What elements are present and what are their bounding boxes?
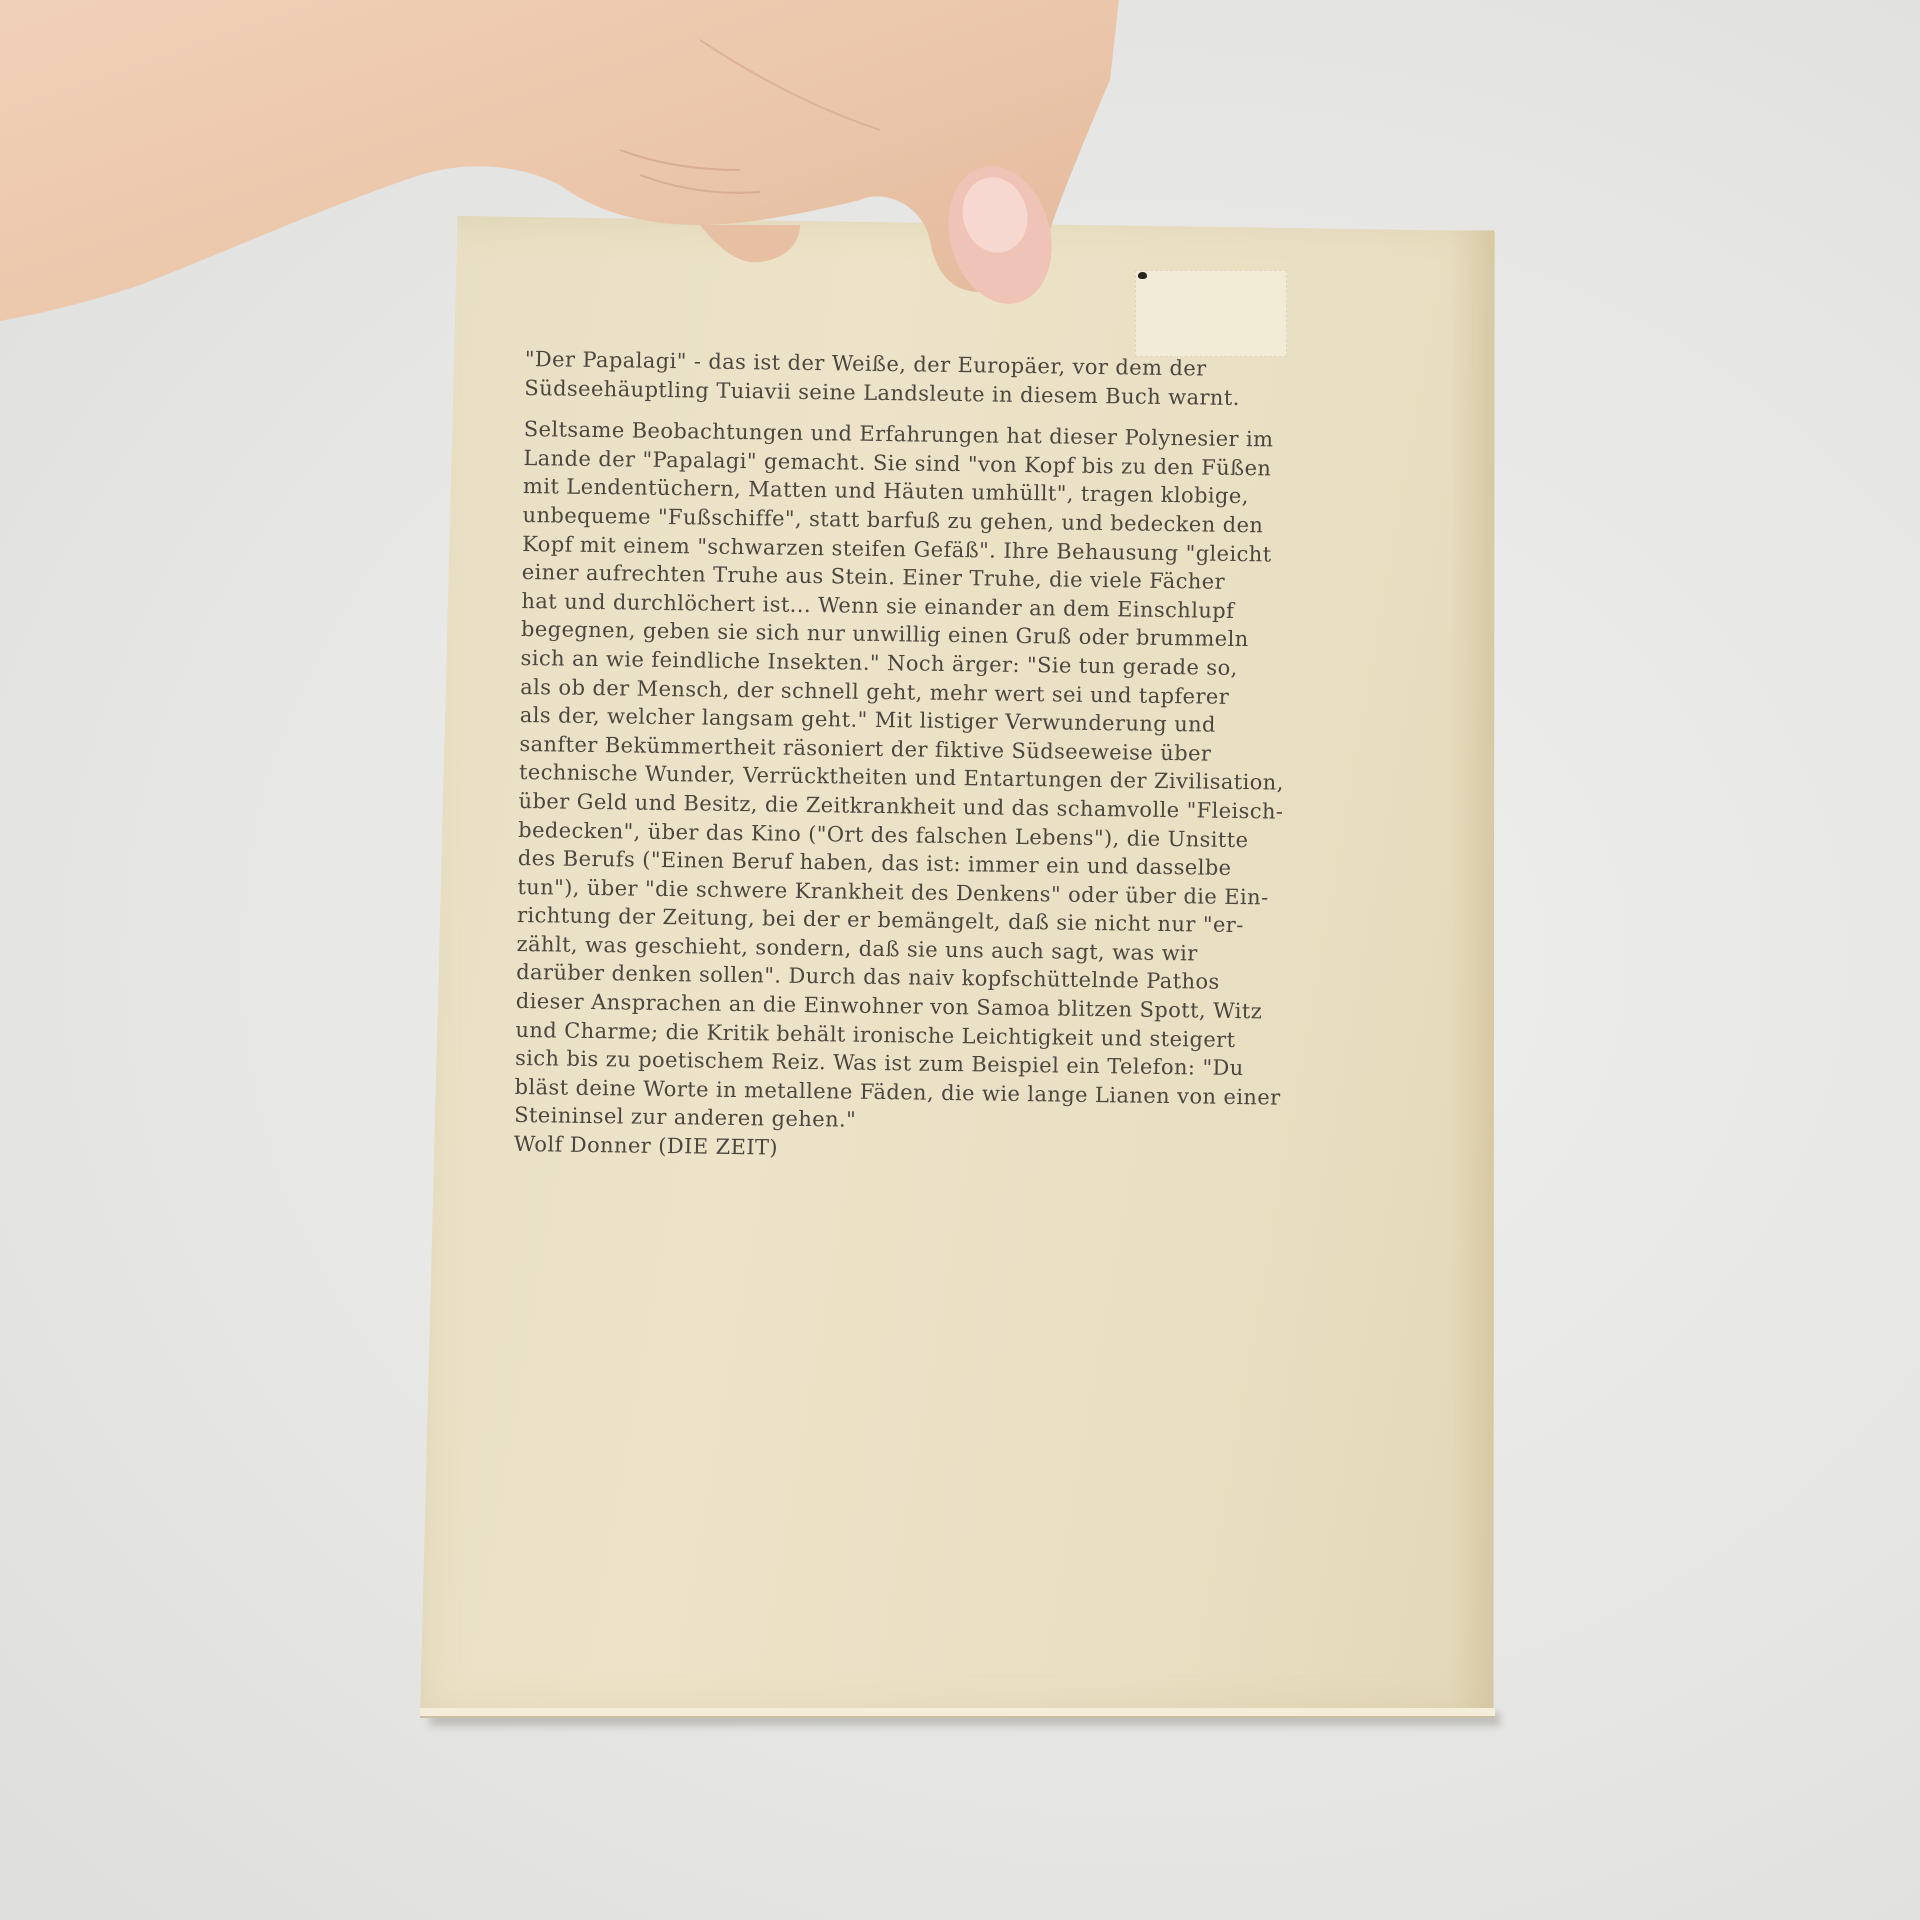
book-spine-edge — [1448, 230, 1494, 1716]
blurb-intro-paragraph: "Der Papalagi" - das ist der Weiße, der … — [524, 345, 1445, 415]
hand-holding-book — [0, 0, 1140, 340]
book-bottom-edge — [420, 1708, 1495, 1718]
blurb-main-paragraph: Seltsame Beobachtungen und Erfahrungen h… — [514, 415, 1444, 1143]
back-cover-blurb: "Der Papalagi" - das ist der Weiße, der … — [514, 345, 1445, 1171]
removed-label-residue — [1135, 270, 1287, 357]
